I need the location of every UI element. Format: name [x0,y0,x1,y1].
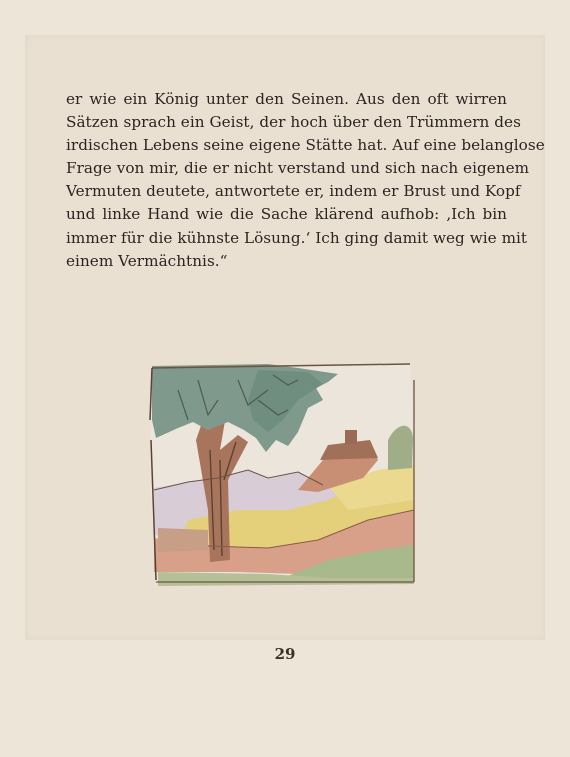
text-line: Sätzen sprach ein Geist, der hoch über d… [66,111,507,134]
text-line: und linke Hand wie die Sache klärend auf… [66,203,507,226]
text-line: irdischen Lebens seine eigene Stätte hat… [66,134,507,157]
body-text: er wie ein König unter den Seinen. Aus d… [66,88,507,273]
text-line: er wie ein König unter den Seinen. Aus d… [66,88,507,111]
text-line: einem Vermächtnis.“ [66,250,507,273]
text-line: Frage von mir, die er nicht verstand und… [66,157,507,180]
text-line: Vermuten deutete, antwortete er, indem e… [66,180,507,203]
text-line: immer für die kühnste Lösung.‘ Ich ging … [66,227,507,250]
watercolor-landscape-illustration [148,360,418,588]
page-number: 29 [0,645,570,663]
